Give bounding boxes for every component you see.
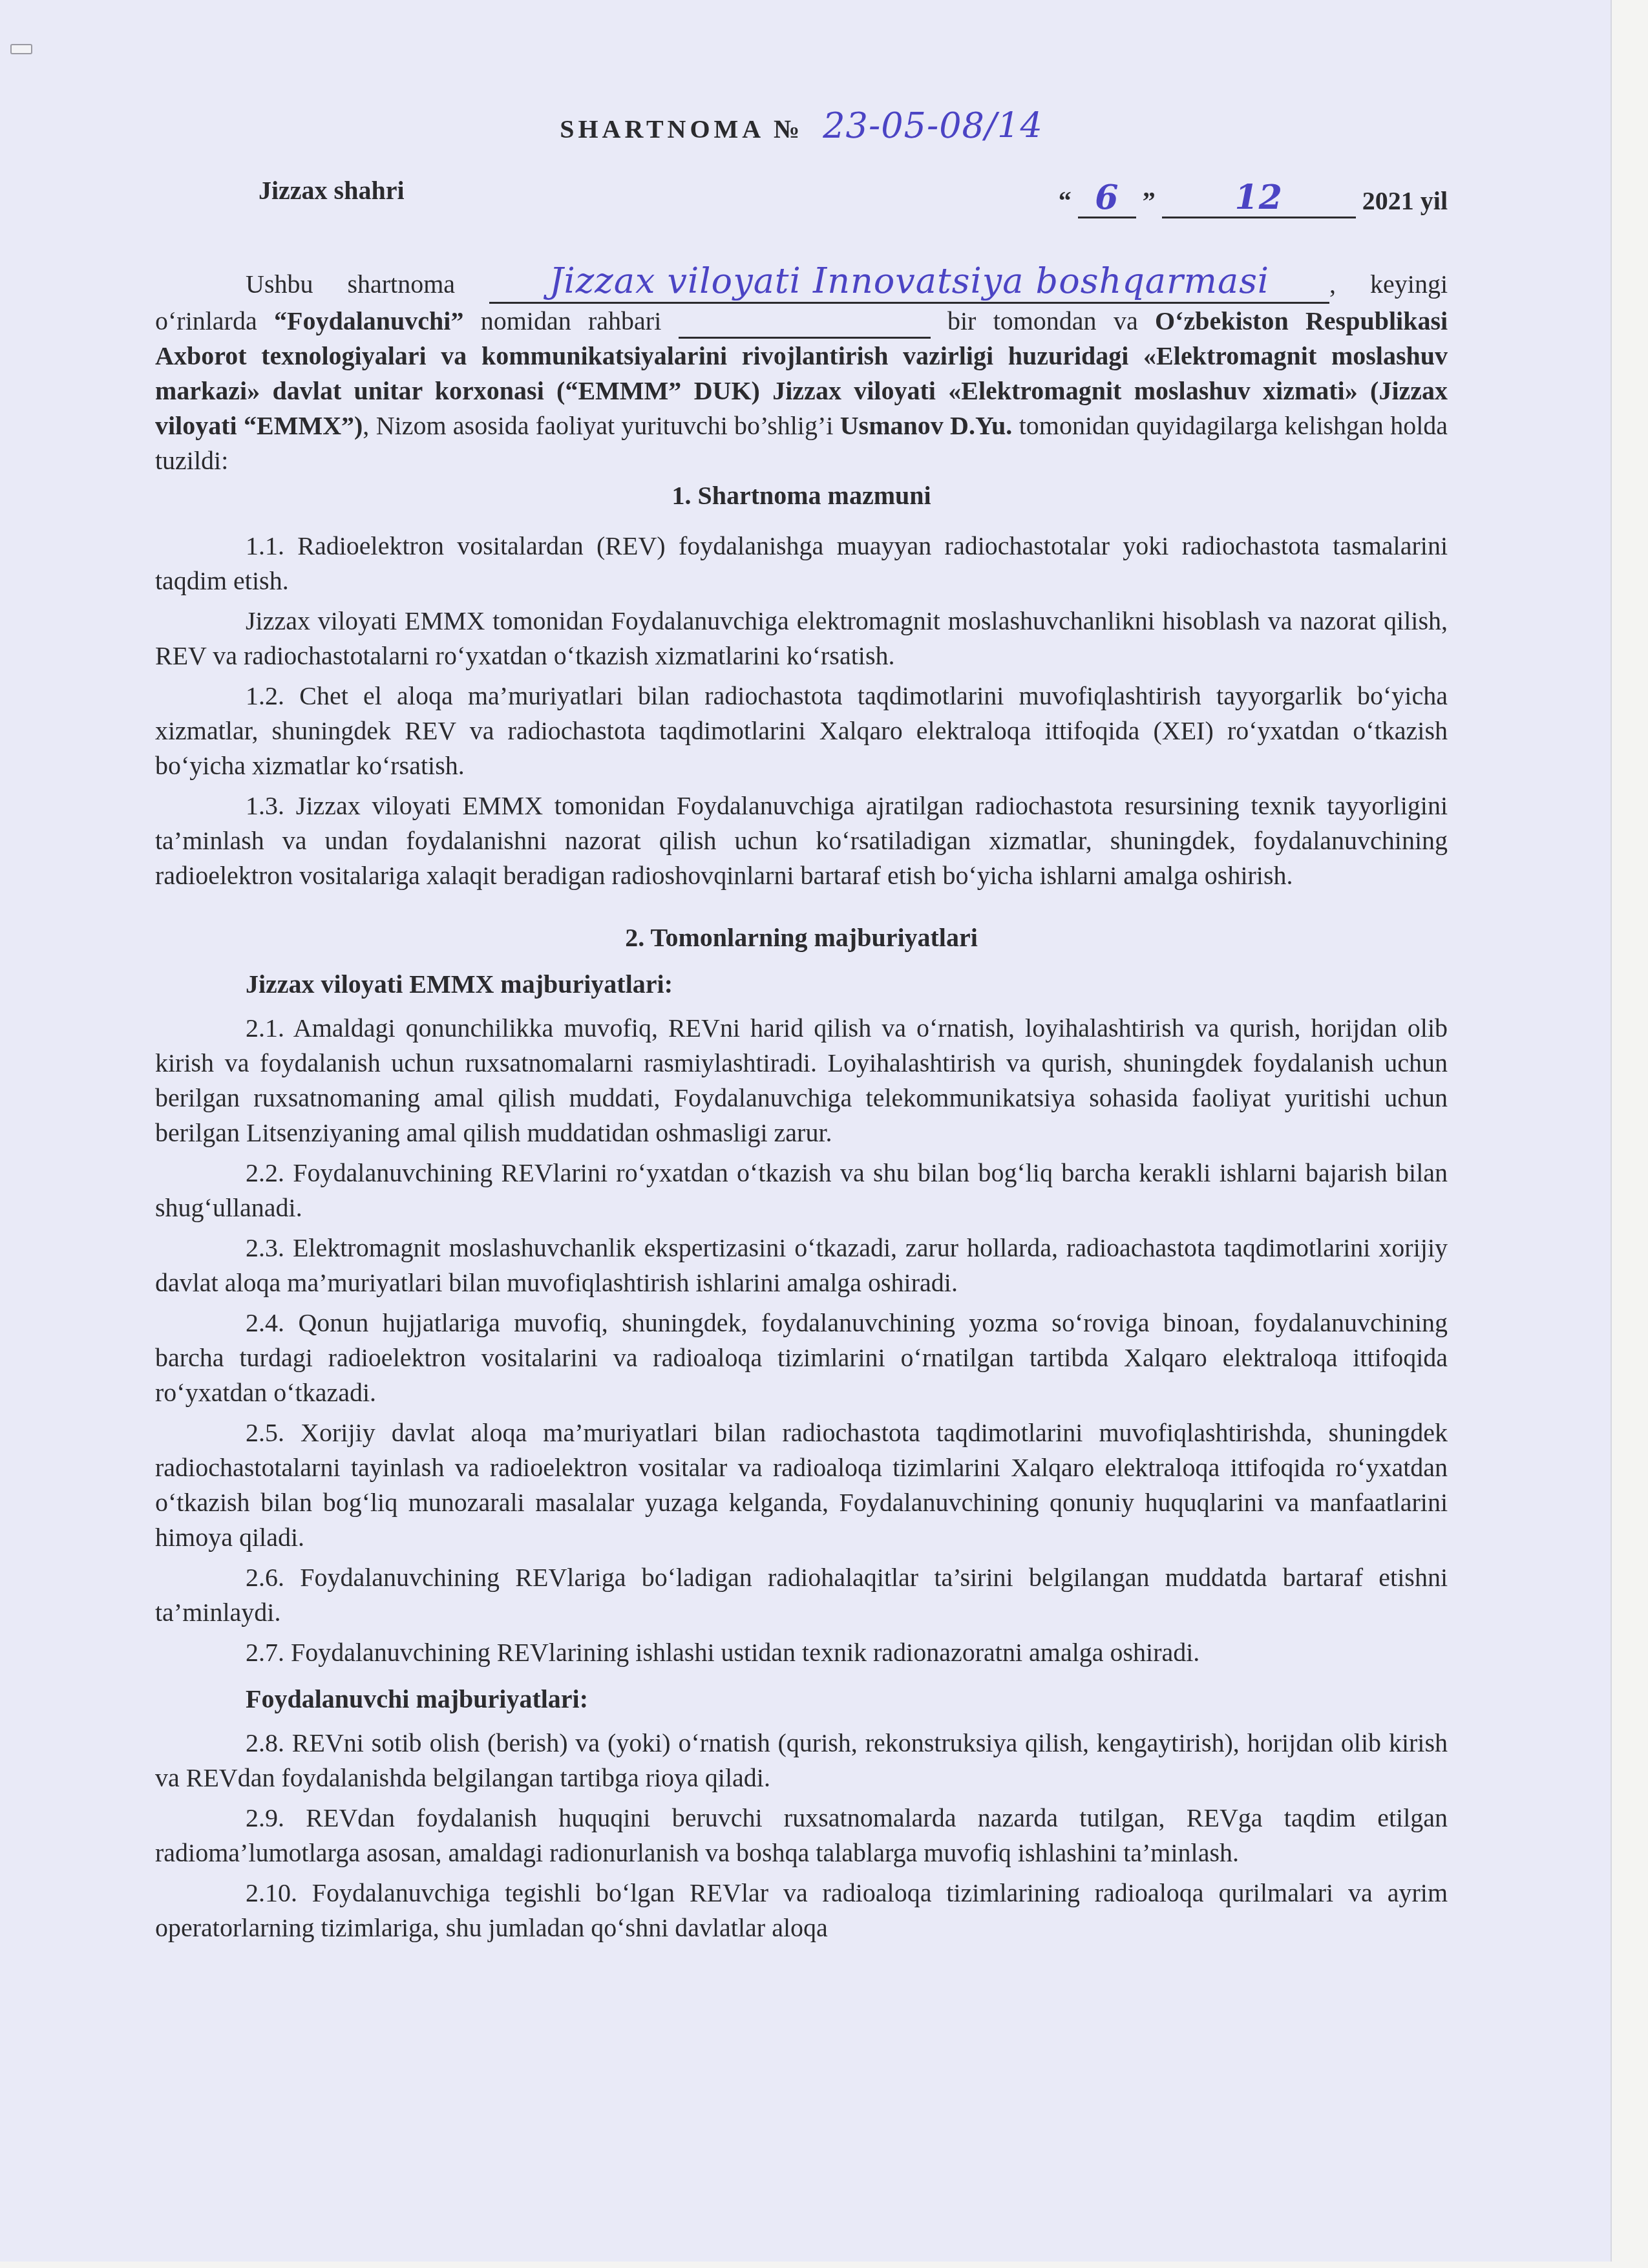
clause-2-5: 2.5. Xorijiy davlat aloqa ma’muriyatlari… xyxy=(155,1415,1448,1555)
date-day: 6 xyxy=(1095,178,1119,217)
open-quote: “ xyxy=(1059,184,1072,218)
party-name-field: Jizzax viloyati Innovatsiya boshqarmasi xyxy=(489,264,1329,304)
clause-2-9: 2.9. REVdan foydalanish huquqini beruvch… xyxy=(155,1801,1448,1871)
section-1-heading: 1. Shartnoma mazmuni xyxy=(155,478,1448,513)
clause-1-1: 1.1. Radioelektron vositalardan (REV) fo… xyxy=(155,529,1448,599)
head-name: Usmanov D.Yu. xyxy=(840,411,1013,440)
clause-2-7: 2.7. Foydalanuvchining REVlarining ishla… xyxy=(155,1635,1448,1670)
city-date-row: Jizzax shahri “ 6 ” 12 2021 yil xyxy=(155,173,1448,218)
contract-date: “ 6 ” 12 2021 yil xyxy=(1059,173,1448,218)
intro-text: nomidan rahbari xyxy=(481,306,662,335)
staple-mark xyxy=(10,44,32,54)
city: Jizzax shahri xyxy=(259,173,405,218)
document-title: SHARTNOMA № 23-05-08/14 xyxy=(155,109,1448,167)
emmx-obligations-heading: Jizzax viloyati EMMX majburiyatlari: xyxy=(246,967,1448,1002)
document-body: SHARTNOMA № 23-05-08/14 Jizzax shahri “ … xyxy=(155,103,1448,1951)
section-2-heading: 2. Tomonlarning majburiyatlari xyxy=(155,920,1448,955)
date-year: 2021 yil xyxy=(1362,184,1448,218)
clause-2-10: 2.10. Foydalanuvchiga tegishli bo‘lgan R… xyxy=(155,1876,1448,1945)
party-name: Jizzax viloyati Innovatsiya boshqarmasi xyxy=(549,260,1269,301)
intro-text: , Nizom asosida faoliyat yurituvchi bo’s… xyxy=(363,411,833,440)
clause-2-3: 2.3. Elektromagnit moslashuvchanlik eksp… xyxy=(155,1231,1448,1300)
date-day-field: 6 xyxy=(1078,182,1136,218)
scanned-page: SHARTNOMA № 23-05-08/14 Jizzax shahri “ … xyxy=(0,0,1612,2262)
date-month-field: 12 xyxy=(1162,182,1356,218)
clause-2-2: 2.2. Foydalanuvchining REVlarini ro‘yxat… xyxy=(155,1156,1448,1225)
contract-number: 23-05-08/14 xyxy=(823,105,1043,146)
clause-2-4: 2.4. Qonun hujjatlariga muvofiq, shuning… xyxy=(155,1306,1448,1410)
clause-2-6: 2.6. Foydalanuvchining REVlariga bo‘ladi… xyxy=(155,1560,1448,1630)
clause-2-8: 2.8. REVni sotib olish (berish) va (yoki… xyxy=(155,1726,1448,1796)
clause-1-1-cont: Jizzax viloyati EMMX tomonidan Foydalanu… xyxy=(155,604,1448,673)
title-label: SHARTNOMA № xyxy=(560,114,803,143)
user-obligations-heading: Foydalanuvchi majburiyatlari: xyxy=(246,1682,1448,1717)
head-name-blank xyxy=(679,311,931,339)
clause-1-2: 1.2. Chet el aloqa ma’muriyatlari bilan … xyxy=(155,679,1448,783)
clause-2-1: 2.1. Amaldagi qonunchilikka muvofiq, REV… xyxy=(155,1011,1448,1150)
clause-1-3: 1.3. Jizzax viloyati EMMX tomonidan Foyd… xyxy=(155,789,1448,893)
date-month: 12 xyxy=(1235,178,1283,217)
intro-prefix: Ushbu shartnoma xyxy=(246,270,455,299)
user-term: “Foydalanuvchi” xyxy=(274,306,463,335)
close-quote: ” xyxy=(1143,184,1156,218)
intro-text: bir tomondan va xyxy=(947,306,1138,335)
intro-paragraph: Ushbu shartnoma Jizzax viloyati Innovats… xyxy=(155,264,1448,478)
